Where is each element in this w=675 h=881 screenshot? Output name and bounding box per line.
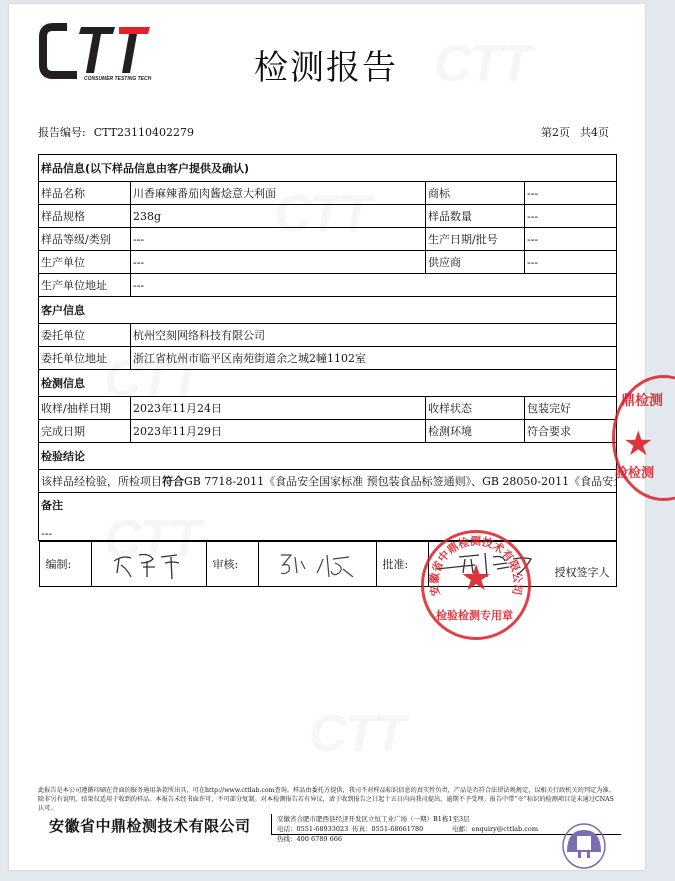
field-label: 商标 bbox=[426, 182, 525, 205]
signature-icon bbox=[275, 547, 359, 581]
table-row: 生产单位地址 --- bbox=[39, 274, 617, 297]
table-row: 样品等级/类别 --- 生产日期/批号 --- bbox=[39, 228, 617, 251]
report-table: 样品信息(以下样品信息由客户提供及确认) 样品名称 川香麻辣番茄肉酱烩意大利面 … bbox=[38, 154, 617, 587]
field-value: 238g bbox=[131, 205, 426, 228]
watermark: CTT bbox=[434, 34, 529, 94]
table-row: 生产单位 --- 供应商 --- bbox=[39, 251, 617, 274]
field-label: 检测环境 bbox=[426, 420, 525, 443]
field-value: --- bbox=[525, 182, 617, 205]
table-row: 样品名称 川香麻辣番茄肉酱烩意大利面 商标 --- bbox=[39, 182, 617, 205]
remarks-value: --- bbox=[41, 527, 614, 540]
company-fax: 传真：0551-68661780 bbox=[352, 824, 452, 834]
signature-icon bbox=[435, 547, 545, 581]
remarks-section: 备注 --- bbox=[39, 493, 617, 541]
field-label: 收样/抽样日期 bbox=[39, 397, 131, 420]
footer-disclaimer: 此报告是本公司遵循印刷在背面的服务通用条款所出具，可在http://www.ct… bbox=[38, 786, 618, 813]
report-number: 报告编号:CTT23110402279 bbox=[38, 124, 194, 140]
field-value: --- bbox=[131, 251, 426, 274]
field-value: --- bbox=[525, 228, 617, 251]
page-title: 检测报告 bbox=[254, 40, 398, 89]
field-label: 生产单位地址 bbox=[39, 274, 131, 297]
company-name: 安徽省中鼎检测技术有限公司 bbox=[49, 815, 251, 836]
company-hotline: 热线：400 6789 666 bbox=[277, 834, 342, 844]
conclusion-text-prefix: 该样品经检验，所检项目 bbox=[41, 475, 162, 488]
test-info-header: 检测信息 bbox=[39, 370, 617, 397]
field-label: 生产日期/批号 bbox=[426, 228, 525, 251]
field-value: 浙江省杭州市临平区南苑街道余之城2幢1102室 bbox=[131, 347, 617, 370]
field-value: --- bbox=[525, 205, 617, 228]
report-number-label: 报告编号: bbox=[38, 126, 86, 139]
field-value: --- bbox=[131, 274, 617, 297]
table-row: 完成日期 2023年11月29日 检测环境 符合要求 bbox=[39, 420, 617, 443]
certification-badge-icon bbox=[561, 822, 607, 870]
remarks-header: 备注 bbox=[41, 497, 614, 513]
field-label: 收样状态 bbox=[426, 397, 525, 420]
svg-text:CONSUMER TESTING TECH: CONSUMER TESTING TECH bbox=[84, 76, 152, 81]
field-label: 供应商 bbox=[426, 251, 525, 274]
page-indicator: 第2页共4页 bbox=[541, 124, 609, 140]
prepared-label: 编制: bbox=[39, 542, 91, 587]
page-total: 共4页 bbox=[580, 126, 609, 139]
field-value: 2023年11月24日 bbox=[131, 397, 426, 420]
client-info-header: 客户信息 bbox=[39, 297, 617, 324]
field-label: 完成日期 bbox=[39, 420, 131, 443]
field-label: 委托单位地址 bbox=[39, 347, 131, 370]
field-label: 样品等级/类别 bbox=[39, 228, 131, 251]
authorized-signer-label: 授权签字人 bbox=[555, 564, 610, 580]
company-tel: 电话：0551-68933023 bbox=[277, 824, 352, 834]
conclusion-body: 该样品经检验，所检项目符合GB 7718-2011《食品安全国家标准 预包装食品… bbox=[39, 470, 617, 493]
prepared-signature bbox=[91, 542, 206, 587]
field-value: 杭州空刻网络科技有限公司 bbox=[131, 324, 617, 347]
table-row: 委托单位地址 浙江省杭州市临平区南苑街道余之城2幢1102室 bbox=[39, 347, 617, 370]
field-value: 包装完好 bbox=[525, 397, 617, 420]
field-value: 川香麻辣番茄肉酱烩意大利面 bbox=[131, 182, 426, 205]
field-label: 样品规格 bbox=[39, 205, 131, 228]
field-label: 样品数量 bbox=[426, 205, 525, 228]
conclusion-verdict: 符合 bbox=[162, 475, 184, 488]
reviewed-label: 审核: bbox=[206, 542, 258, 587]
reviewed-signature bbox=[258, 542, 376, 587]
conclusion-text-suffix: GB 7718-2011《食品安全国家标准 预包装食品标签通则》、GB 2805… bbox=[184, 475, 617, 488]
approved-signature: 授权签字人 bbox=[428, 542, 616, 587]
sample-info-header: 样品信息(以下样品信息由客户提供及确认) bbox=[39, 155, 617, 182]
field-value: 符合要求 bbox=[525, 420, 617, 443]
signature-row: 编制: 审核: 批准: bbox=[39, 541, 617, 588]
field-value: 2023年11月29日 bbox=[131, 420, 426, 443]
field-label: 样品名称 bbox=[39, 182, 131, 205]
watermark: CTT bbox=[309, 704, 404, 764]
table-row: 收样/抽样日期 2023年11月24日 收样状态 包装完好 bbox=[39, 397, 617, 420]
field-label: 委托单位 bbox=[39, 324, 131, 347]
ctt-logo: CONSUMER TESTING TECH bbox=[37, 23, 152, 81]
conclusion-header: 检验结论 bbox=[39, 443, 617, 470]
page-current: 第2页 bbox=[541, 126, 570, 139]
field-label: 生产单位 bbox=[39, 251, 131, 274]
field-value: --- bbox=[525, 251, 617, 274]
signature-icon bbox=[109, 547, 189, 581]
table-row: 样品规格 238g 样品数量 --- bbox=[39, 205, 617, 228]
report-number-value: CTT23110402279 bbox=[94, 126, 194, 139]
field-value: --- bbox=[131, 228, 426, 251]
company-email: 电邮：enquiry@cttlab.com bbox=[452, 824, 562, 834]
table-row: 委托单位 杭州空刻网络科技有限公司 bbox=[39, 324, 617, 347]
approved-label: 批准: bbox=[376, 542, 428, 587]
